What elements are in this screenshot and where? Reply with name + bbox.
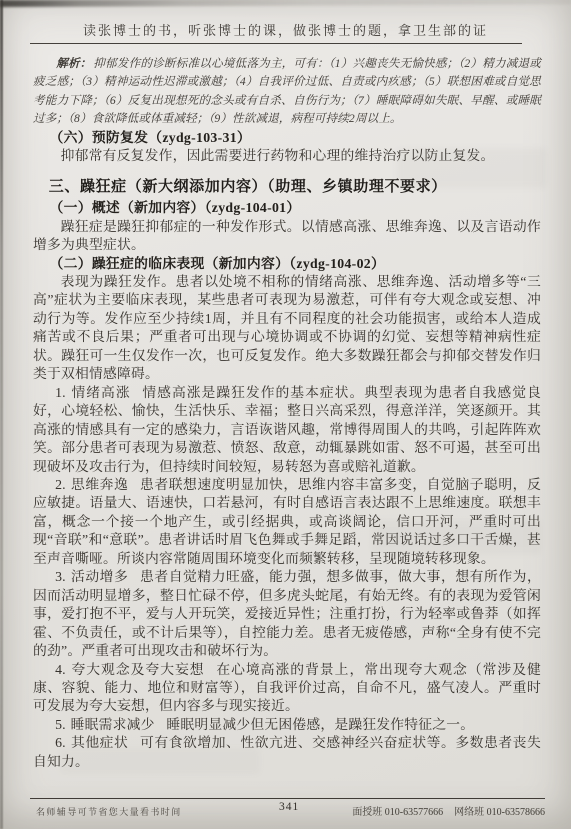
analysis-label: 解析： bbox=[56, 57, 91, 70]
section-title-mania: 三、躁狂症（新大纲添加内容）（助理、乡镇助理不要求） bbox=[33, 178, 541, 196]
clinical-item-6: 6.其他症状可有食欲增加、性欲亢进、交感神经兴奋症状等。多数患者丧失自知力。 bbox=[33, 734, 541, 771]
footer-contact-onsite: 面授班 010-63577666 bbox=[352, 807, 443, 818]
analysis-paragraph: 解析：抑郁发作的诊断标准以心境低落为主，可有：（1）兴趣丧失无愉快感；（2）精力… bbox=[33, 55, 541, 129]
heading-mania-overview: （一）概述（新加内容）（zydg-104-01） bbox=[33, 199, 541, 217]
item-term: 情绪高涨 bbox=[71, 385, 131, 400]
clinical-item-3: 3.活动增多患者自觉精力旺盛，能力强，想多做事，做大事，想有所作为，因而活动明显… bbox=[33, 568, 541, 660]
prevent-relapse-body: 抑郁常有反复发作，因此需要进行药物和心理的维持治疗以防止复发。 bbox=[33, 147, 541, 165]
footer-contacts: 面授班 010-63577666网络班 010-63578666 bbox=[291, 803, 546, 818]
item-term: 活动增多 bbox=[71, 569, 129, 584]
item-number: 1. bbox=[55, 385, 66, 400]
header-slogan: 读张博士的书，听张博士的课，做张博士的题，拿卫生部的证 bbox=[0, 20, 571, 39]
analysis-text: 抑郁发作的诊断标准以心境低落为主，可有：（1）兴趣丧失无愉快感；（2）精力减退或… bbox=[33, 57, 541, 125]
item-term: 思维奔逸 bbox=[71, 477, 129, 492]
clinical-item-4: 4.夸大观念及夸大妄想在心境高涨的背景上，常出现夸大观念（常涉及健康、容貌、能力… bbox=[33, 661, 541, 716]
scanned-book-page: 读张博士的书，听张博士的课，做张博士的题，拿卫生部的证 解析：抑郁发作的诊断标准… bbox=[0, 0, 571, 829]
heading-prevent-relapse: （六）预防复发（zydg-103-31） bbox=[33, 129, 541, 147]
footer-slogan: 名师辅导可节省您大量看书时间 bbox=[36, 805, 291, 818]
clinical-item-1: 1.情绪高涨情感高涨是躁狂发作的基本症状。典型表现为患者自我感觉良好，心境轻松、… bbox=[33, 384, 541, 476]
footer-contact-online: 网络班 010-63578666 bbox=[454, 807, 545, 818]
page-number: 341 bbox=[279, 801, 299, 813]
item-term: 夸大观念及夸大妄想 bbox=[71, 662, 205, 677]
item-number: 4. bbox=[55, 662, 66, 677]
mania-clinical-intro: 表现为躁狂发作。患者以处境不相称的情绪高涨、思维奔逸、活动增多等“三高”症状为主… bbox=[33, 273, 541, 384]
item-number: 2. bbox=[55, 477, 66, 492]
item-term: 其他症状 bbox=[71, 735, 129, 750]
clinical-item-5: 5.睡眠需求减少睡眠明显减少但无困倦感，是躁狂发作特征之一。 bbox=[33, 716, 541, 734]
item-term: 睡眠需求减少 bbox=[71, 717, 155, 732]
page-footer: 名师辅导可节省您大量看书时间 341 面授班 010-63577666网络班 0… bbox=[0, 798, 571, 818]
page-content: 解析：抑郁发作的诊断标准以心境低落为主，可有：（1）兴趣丧失无愉快感；（2）精力… bbox=[33, 55, 541, 771]
item-number: 6. bbox=[55, 735, 66, 750]
clinical-item-2: 2.思维奔逸患者联想速度明显加快，思维内容丰富多变，自觉脑子聪明，反应敏捷。语量… bbox=[33, 476, 541, 568]
mania-overview-body: 躁狂症是躁狂抑郁症的一种发作形式。以情感高涨、思维奔逸、以及言语动作增多为典型症… bbox=[33, 218, 541, 255]
footer-rule bbox=[30, 798, 545, 799]
scan-edge-left-shadow bbox=[0, 0, 3, 829]
heading-mania-clinical: （二）躁狂症的临床表现（新加内容）（zydg-104-02） bbox=[33, 255, 541, 273]
item-number: 5. bbox=[55, 717, 66, 732]
footer-row: 名师辅导可节省您大量看书时间 341 面授班 010-63577666网络班 0… bbox=[36, 803, 545, 818]
item-text: 睡眠明显减少但无困倦感，是躁狂发作特征之一。 bbox=[166, 717, 474, 732]
header-rule bbox=[30, 43, 522, 44]
item-number: 3. bbox=[55, 569, 66, 584]
